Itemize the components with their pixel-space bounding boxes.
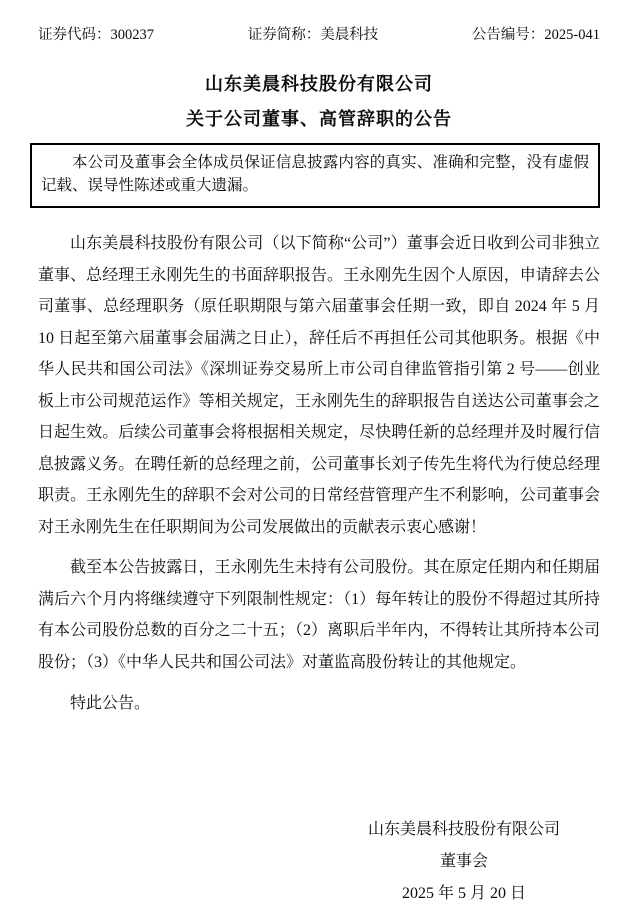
disclaimer-text: 本公司及董事会全体成员保证信息披露内容的真实、准确和完整，没有虚假记载、误导性陈… [41,154,589,194]
disclaimer-box: 本公司及董事会全体成员保证信息披露内容的真实、准确和完整，没有虚假记载、误导性陈… [30,143,600,208]
signature-date: 2025 年 5 月 20 日 [359,878,569,910]
closing-statement: 特此公告。 [38,688,600,720]
signature-signer: 董事会 [359,846,569,878]
body-paragraph-resignation: 山东美晨科技股份有限公司（以下简称“公司”）董事会近日收到公司非独立董事、总经理… [38,228,600,543]
body-paragraph-shareholding: 截至本公告披露日，王永刚先生未持有公司股份。其在原定任期内和任期届满后六个月内将… [38,552,600,678]
announcement-number: 公告编号：2025-041 [472,26,600,44]
company-title: 山东美晨科技股份有限公司 [38,73,600,95]
document-header: 证券代码：300237 证券简称：美晨科技 公告编号：2025-041 [38,26,600,44]
stock-code: 证券代码：300237 [38,26,154,44]
signature-company: 山东美晨科技股份有限公司 [359,814,569,846]
signature-block: 山东美晨科技股份有限公司 董事会 2025 年 5 月 20 日 [359,814,569,910]
stock-short-name: 证券简称：美晨科技 [248,26,379,44]
announcement-title: 关于公司董事、高管辞职的公告 [38,108,600,130]
announcement-document: 证券代码：300237 证券简称：美晨科技 公告编号：2025-041 山东美晨… [0,0,632,913]
